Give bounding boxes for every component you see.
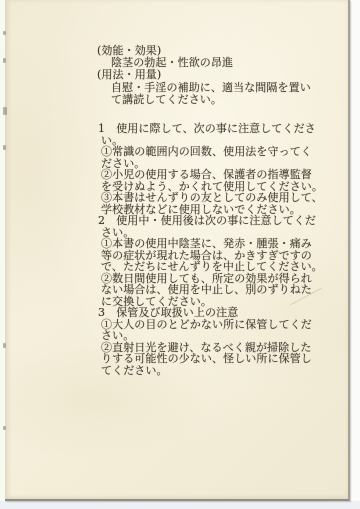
text-line: さい。 <box>101 330 347 342</box>
document-text: (効能・効果)陰茎の勃起・性欲の昂進(用法・用量)自慰・手淫の補助に、適当な間隔… <box>97 45 347 376</box>
edge-smudge <box>3 31 6 35</box>
edge-smudge <box>3 107 7 115</box>
text-line: てください。 <box>101 365 347 377</box>
text-line: 3 保管及び取扱い上の注意 <box>98 307 347 319</box>
text-line: ない場合は、使用を中止し、別のずりねた <box>101 284 347 296</box>
text-line: 自慰・手淫の補助に、適当な間隔を置い <box>111 82 347 94</box>
text-line: 1 使用に際して、次の事に注意してくださ <box>98 123 347 135</box>
edge-smudge <box>3 426 6 430</box>
scanned-document-screenshot: (効能・効果)陰茎の勃起・性欲の昂進(用法・用量)自慰・手淫の補助に、適当な間隔… <box>0 0 360 509</box>
text-line: りする可能性の少ない、怪しい所に保管し <box>101 353 347 365</box>
notice-block: 1 使用に際して、次の事に注意してください。①常識の範囲内の回数、使用法を守って… <box>97 123 347 376</box>
edge-smudge <box>3 58 6 63</box>
scanner-background-right <box>349 0 360 509</box>
text-line: ②小児の使用する場合、保護者の指導監督 <box>101 169 347 181</box>
edge-smudge <box>3 145 6 150</box>
edge-smudge <box>3 343 6 348</box>
text-line: で、ただちにせんずりを中止してください。 <box>101 261 347 273</box>
text-line: ①常識の範囲内の回数、使用法を守ってく <box>101 146 347 158</box>
document-page: (効能・効果)陰茎の勃起・性欲の昂進(用法・用量)自慰・手淫の補助に、適当な間隔… <box>5 0 350 501</box>
scanner-background-bottom <box>0 501 360 509</box>
text-line: 2 使用中・使用後は次の事に注意してくだ <box>98 215 347 227</box>
header-block: (効能・効果)陰茎の勃起・性欲の昂進(用法・用量)自慰・手淫の補助に、適当な間隔… <box>97 45 347 106</box>
text-line: (用法・用量) <box>97 69 347 81</box>
text-line: て講読してください。 <box>111 94 347 106</box>
text-line: ③本書はせんずりの友としてのみ使用して、 <box>101 192 347 204</box>
text-line: ①大人の目のとどかない所に保管してくだ <box>101 319 347 331</box>
text-line: ①本書の使用中陰茎に、発赤・腫張・痛み <box>101 238 347 250</box>
